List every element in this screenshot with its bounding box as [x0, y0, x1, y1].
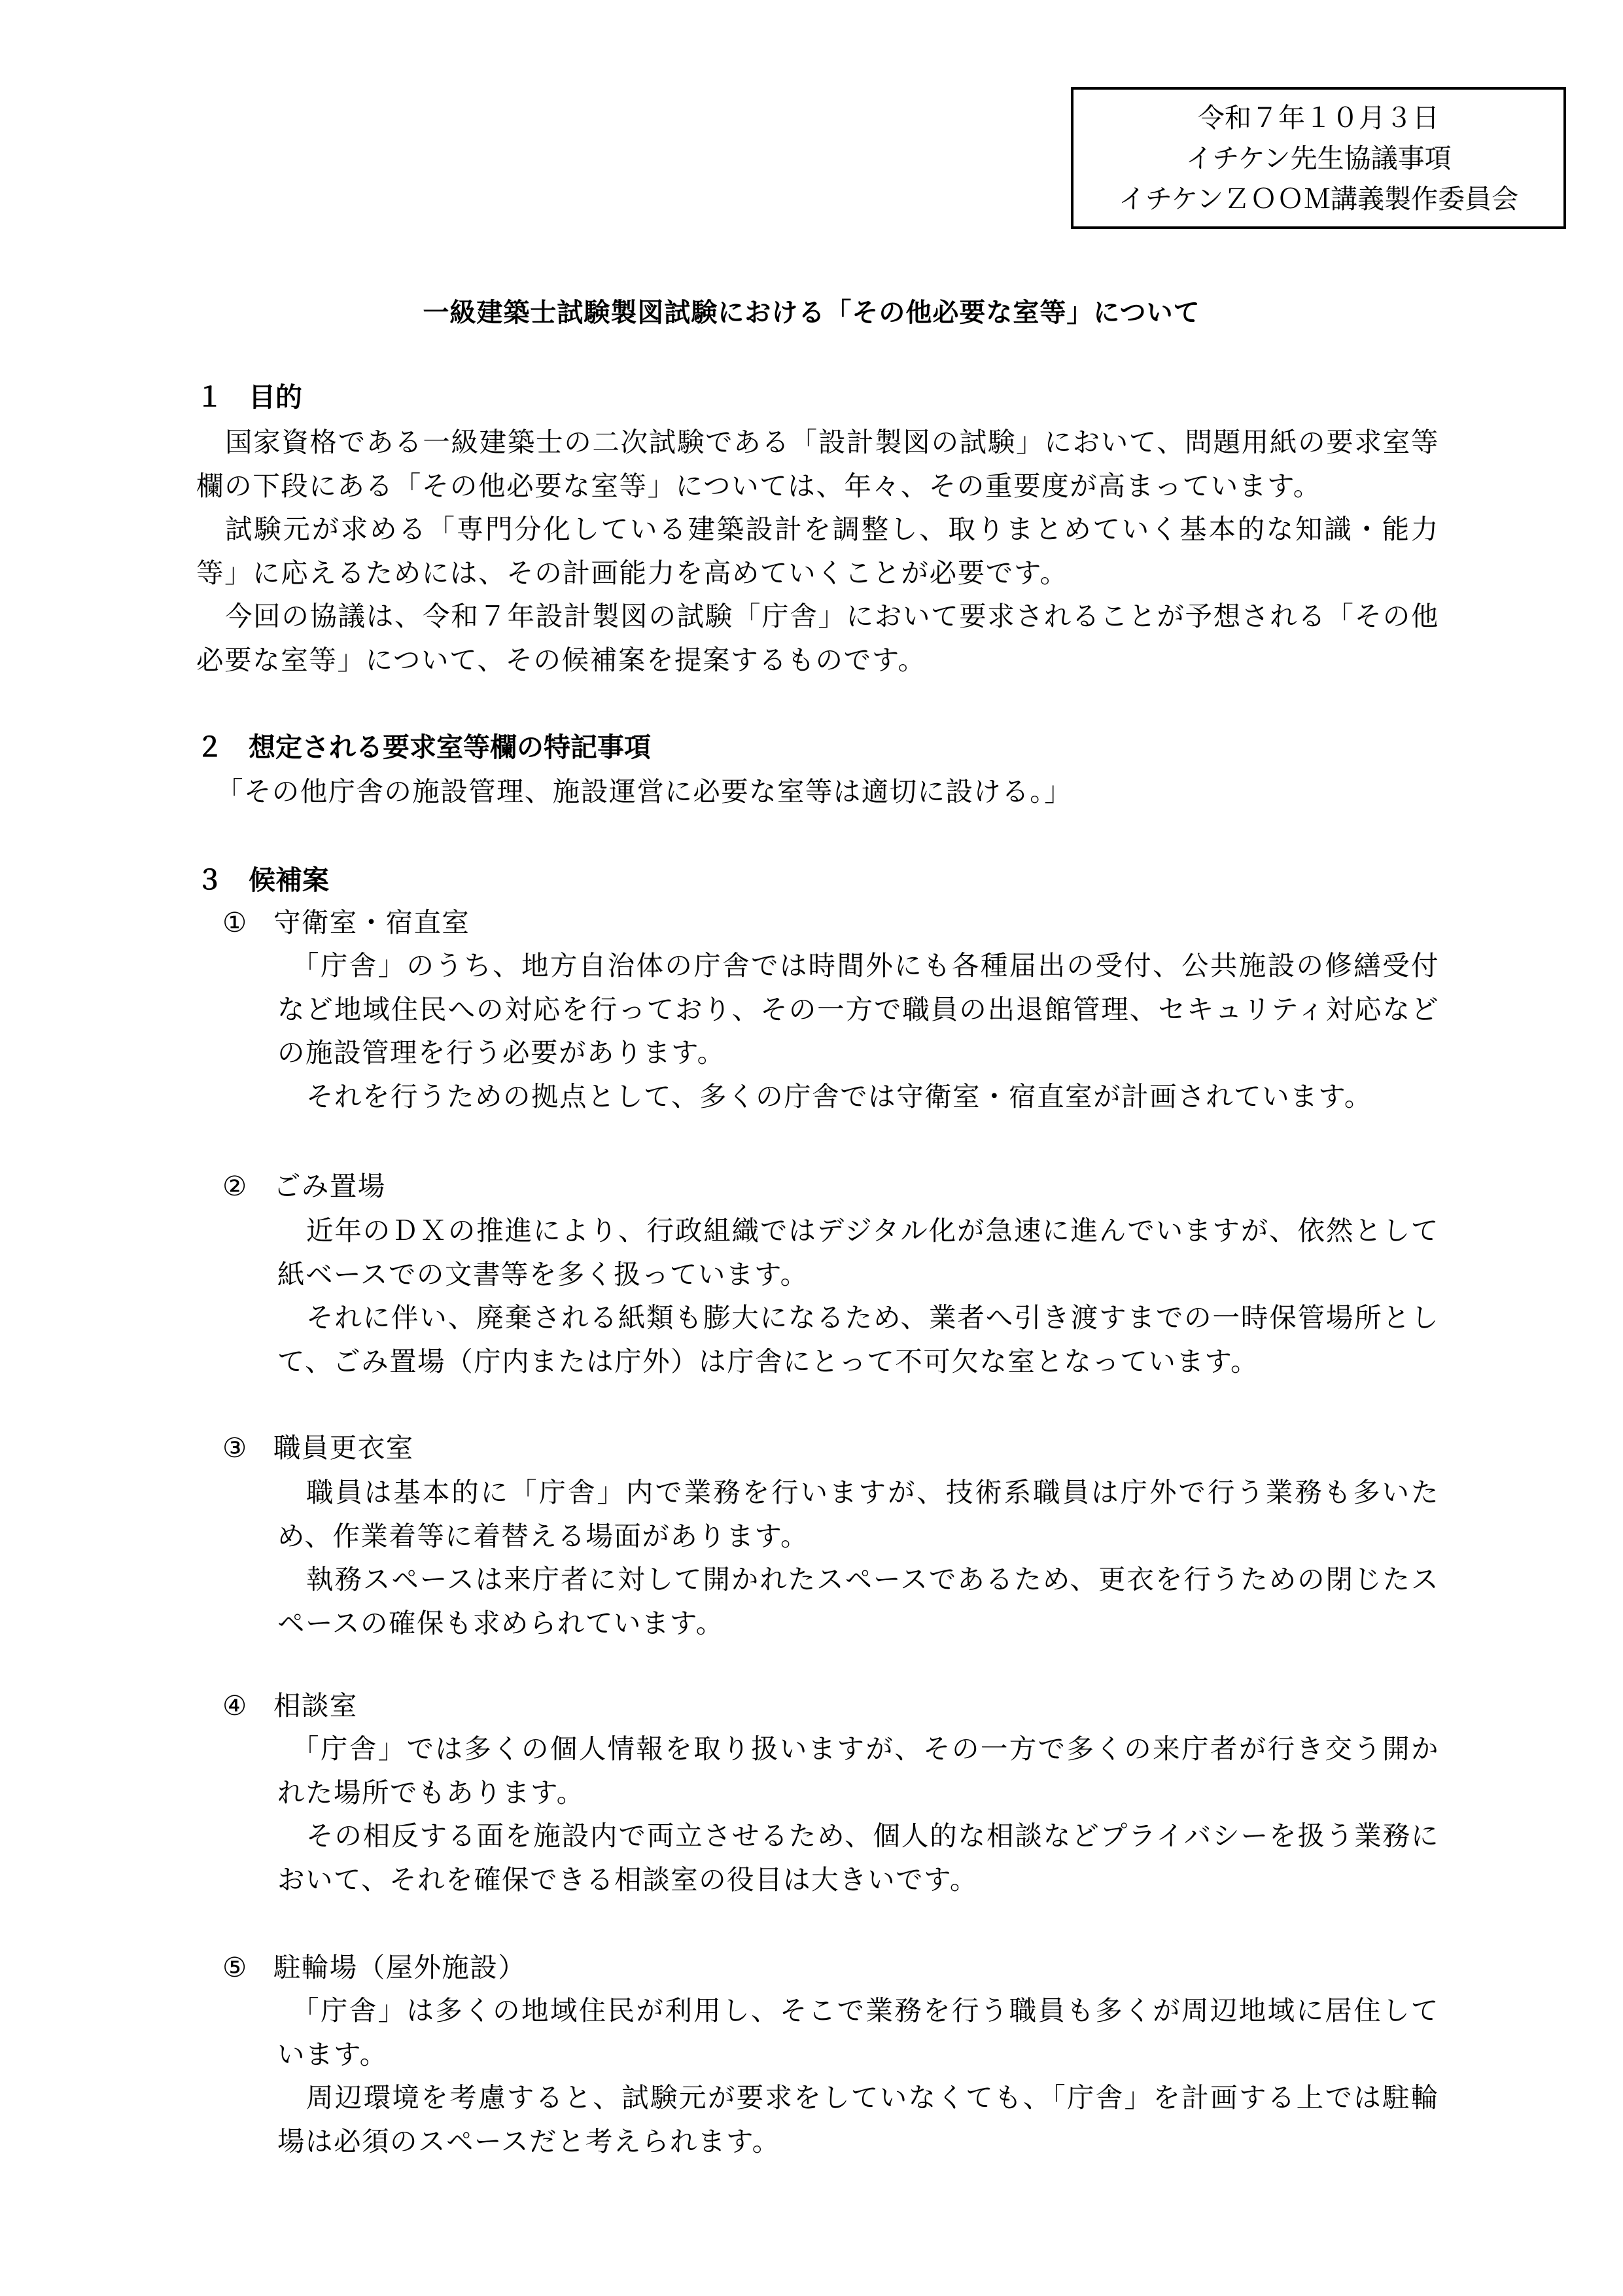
- paragraph: 「庁舎」では多くの個人情報を取り扱いますが、その一方で多くの来庁者が行き交う開か…: [277, 1727, 1439, 1814]
- section-number: ３: [196, 860, 249, 900]
- header-committee: イチケンＺＯＯＭ講義製作委員会: [1119, 179, 1518, 219]
- item-marker: ①: [222, 903, 273, 942]
- candidate-heading-bicycle-parking: ⑤駐輪場（屋外施設）: [222, 1948, 526, 1987]
- paragraph: 今回の協議は、令和７年設計製図の試験「庁舎」において要求されることが予想される「…: [196, 595, 1439, 682]
- candidate-body-consultation-room: 「庁舎」では多くの個人情報を取り扱いますが、その一方で多くの来庁者が行き交う開か…: [277, 1727, 1439, 1901]
- item-name: 職員更衣室: [273, 1432, 414, 1464]
- document-page: 令和７年１０月３日 イチケン先生協議事項 イチケンＺＯＯＭ講義製作委員会 一級建…: [0, 0, 1623, 2296]
- section-title: 候補案: [249, 864, 329, 896]
- paragraph: それを行うための拠点として、多くの庁舎では守衛室・宿直室が計画されています。: [277, 1075, 1439, 1119]
- candidate-body-bicycle-parking: 「庁舎」は多くの地域住民が利用し、そこで業務を行う職員も多くが周辺地域に居住して…: [277, 1989, 1439, 2163]
- section-title: 想定される要求室等欄の特記事項: [249, 732, 651, 763]
- header-date: 令和７年１０月３日: [1198, 97, 1439, 138]
- item-name: 駐輪場（屋外施設）: [273, 1951, 526, 1983]
- item-name: 相談室: [273, 1689, 358, 1722]
- paragraph: 国家資格である一級建築士の二次試験である「設計製図の試験」において、問題用紙の要…: [196, 421, 1439, 508]
- section-heading-special-note: ２想定される要求室等欄の特記事項: [196, 728, 651, 767]
- section-title: 目的: [249, 381, 302, 413]
- candidate-heading-locker-room: ③職員更衣室: [222, 1428, 414, 1468]
- item-marker: ④: [222, 1686, 273, 1725]
- candidate-heading-garbage-area: ②ごみ置場: [222, 1167, 386, 1206]
- candidate-heading-guard-room: ①守衛室・宿直室: [222, 903, 470, 942]
- section-purpose-body: 国家資格である一級建築士の二次試験である「設計製図の試験」において、問題用紙の要…: [196, 421, 1439, 682]
- candidate-body-garbage-area: 近年のＤＸの推進により、行政組織ではデジタル化が急速に進んでいますが、依然として…: [277, 1209, 1439, 1383]
- section-heading-candidates: ３候補案: [196, 860, 329, 900]
- paragraph: 「庁舎」は多くの地域住民が利用し、そこで業務を行う職員も多くが周辺地域に居住して…: [277, 1989, 1439, 2076]
- paragraph: その相反する面を施設内で両立させるため、個人的な相談などプライバシーを扱う業務に…: [277, 1814, 1439, 1901]
- section-heading-purpose: １目的: [196, 378, 302, 417]
- paragraph: それに伴い、廃棄される紙類も膨大になるため、業者へ引き渡すまでの一時保管場所とし…: [277, 1296, 1439, 1383]
- paragraph: 周辺環境を考慮すると、試験元が要求をしていなくても、「庁舎」を計画する上では駐輪…: [277, 2076, 1439, 2163]
- header-subject: イチケン先生協議事項: [1185, 138, 1451, 179]
- paragraph: 職員は基本的に「庁舎」内で業務を行いますが、技術系職員は庁外で行う業務も多いため…: [277, 1471, 1439, 1558]
- header-info-box: 令和７年１０月３日 イチケン先生協議事項 イチケンＺＯＯＭ講義製作委員会: [1071, 87, 1566, 229]
- paragraph: 「庁舎」のうち、地方自治体の庁舎では時間外にも各種届出の受付、公共施設の修繕受付…: [277, 944, 1439, 1075]
- paragraph: 近年のＤＸの推進により、行政組織ではデジタル化が急速に進んでいますが、依然として…: [277, 1209, 1439, 1296]
- special-note-quote: 「その他庁舎の施設管理、施設運営に必要な室等は適切に設ける。」: [216, 772, 1072, 811]
- item-name: 守衛室・宿直室: [273, 906, 470, 938]
- candidate-body-guard-room: 「庁舎」のうち、地方自治体の庁舎では時間外にも各種届出の受付、公共施設の修繕受付…: [277, 944, 1439, 1118]
- document-title: 一級建築士試験製図試験における「その他必要な室等」について: [0, 293, 1623, 332]
- candidate-heading-consultation-room: ④相談室: [222, 1686, 358, 1725]
- paragraph: 執務スペースは来庁者に対して開かれたスペースであるため、更衣を行うための閉じたス…: [277, 1558, 1439, 1645]
- candidate-body-locker-room: 職員は基本的に「庁舎」内で業務を行いますが、技術系職員は庁外で行う業務も多いため…: [277, 1471, 1439, 1645]
- item-marker: ②: [222, 1167, 273, 1206]
- item-marker: ⑤: [222, 1948, 273, 1987]
- item-marker: ③: [222, 1428, 273, 1468]
- section-number: ２: [196, 728, 249, 767]
- paragraph: 試験元が求める「専門分化している建築設計を調整し、取りまとめていく基本的な知識・…: [196, 508, 1439, 595]
- item-name: ごみ置場: [273, 1170, 386, 1202]
- section-number: １: [196, 378, 249, 417]
